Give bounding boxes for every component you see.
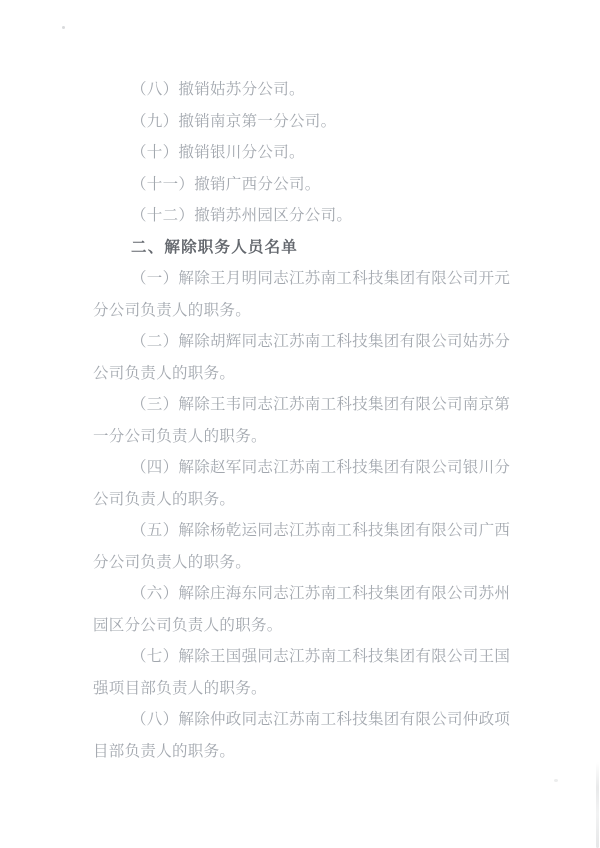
document-line: 分公司负责人的职务。 xyxy=(93,295,523,327)
document-line: 分公司负责人的职务。 xyxy=(93,547,523,579)
document-line: 目部负责人的职务。 xyxy=(93,736,523,768)
scan-speck xyxy=(554,779,558,782)
page-edge-smudge xyxy=(596,762,599,848)
document-line: （四）解除赵军同志江苏南工科技集团有限公司银川分 xyxy=(93,452,523,484)
document-line: 强项目部负责人的职务。 xyxy=(93,673,523,705)
document-line: （八）解除仲政同志江苏南工科技集团有限公司仲政项 xyxy=(93,704,523,736)
section-heading: 二、解除职务人员名单 xyxy=(93,232,523,264)
document-line: （九）撤销南京第一分公司。 xyxy=(93,106,523,138)
document-line: （十一）撤销广西分公司。 xyxy=(93,169,523,201)
document-line: 公司负责人的职务。 xyxy=(93,484,523,516)
document-page: （八）撤销姑苏分公司。（九）撤销南京第一分公司。（十）撤销银川分公司。（十一）撤… xyxy=(0,0,600,848)
document-body: （八）撤销姑苏分公司。（九）撤销南京第一分公司。（十）撤销银川分公司。（十一）撤… xyxy=(93,74,523,767)
document-line: 园区分公司负责人的职务。 xyxy=(93,610,523,642)
document-line: 公司负责人的职务。 xyxy=(93,358,523,390)
document-line: （二）解除胡辉同志江苏南工科技集团有限公司姑苏分 xyxy=(93,326,523,358)
document-line: （十二）撤销苏州园区分公司。 xyxy=(93,200,523,232)
document-line: （三）解除王韦同志江苏南工科技集团有限公司南京第 xyxy=(93,389,523,421)
document-line: （六）解除庄海东同志江苏南工科技集团有限公司苏州 xyxy=(93,578,523,610)
document-line: （一）解除王月明同志江苏南工科技集团有限公司开元 xyxy=(93,263,523,295)
document-line: （八）撤销姑苏分公司。 xyxy=(93,74,523,106)
document-line: （七）解除王国强同志江苏南工科技集团有限公司王国 xyxy=(93,641,523,673)
document-line: （五）解除杨乾运同志江苏南工科技集团有限公司广西 xyxy=(93,515,523,547)
scan-speck xyxy=(62,26,65,29)
document-line: （十）撤销银川分公司。 xyxy=(93,137,523,169)
document-line: 一分公司负责人的职务。 xyxy=(93,421,523,453)
